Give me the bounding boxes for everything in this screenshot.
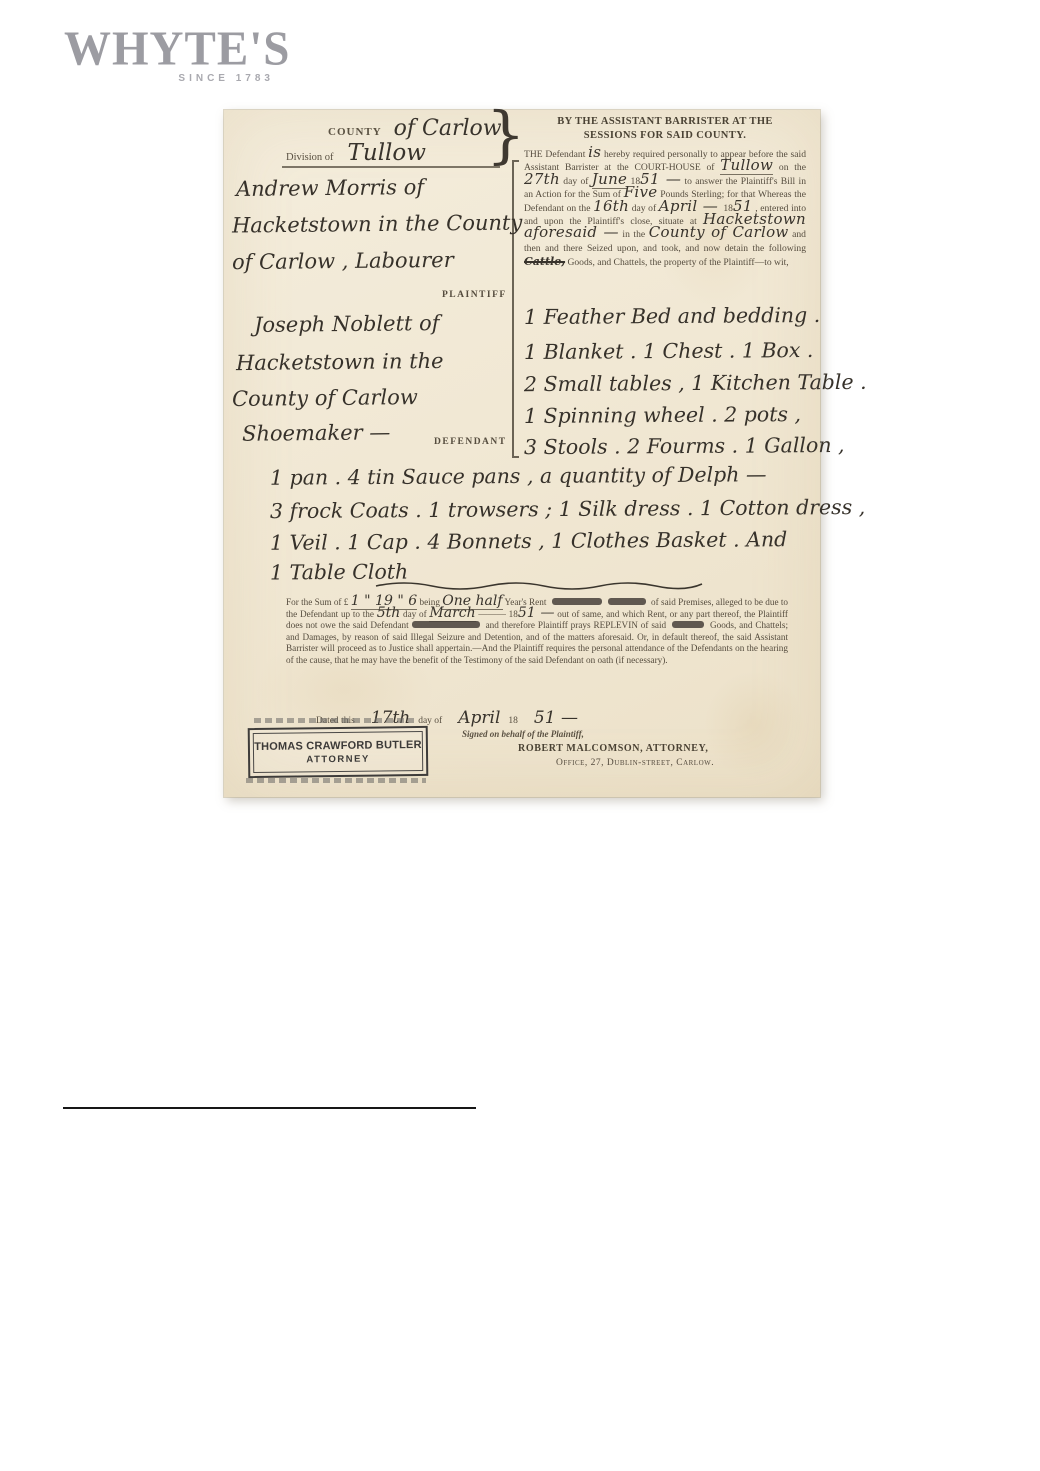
struck-text: Cattle, <box>524 255 565 268</box>
defendant-address-line: Hacketstown in the <box>236 349 444 375</box>
barrister-heading: BY THE ASSISTANT BARRISTER AT THE SESSIO… <box>524 115 806 143</box>
goods-line: 1 Spinning wheel . 2 pots , <box>524 402 801 428</box>
printed-text: ——— 18 <box>476 609 518 619</box>
replevin-paragraph: For the Sum of £ 1 " 19 " 6 being One ha… <box>286 597 788 667</box>
goods-line: 1 Veil . 1 Cap . 4 Bonnets , 1 Clothes B… <box>270 527 787 555</box>
plaintiff-county-line: of Carlow , Labourer <box>232 248 454 274</box>
county-printed-label: COUNTY <box>328 126 382 138</box>
printed-text: day of <box>629 203 659 214</box>
logo-wordmark: WHYTE'S <box>64 25 274 73</box>
scribbled-out-text <box>672 621 704 628</box>
footnote-rule <box>63 1107 476 1109</box>
scribbled-out-text <box>608 598 646 605</box>
handwritten-text: is <box>588 143 601 161</box>
brace-glyph: } <box>486 104 525 166</box>
handwritten-text: June <box>592 170 627 189</box>
scribbled-out-text <box>552 598 602 605</box>
printed-text: Goods, and Chattels, the property of the… <box>565 257 789 268</box>
scanned-document: COUNTY of Carlow Division of Tullow } An… <box>224 110 820 797</box>
barrister-heading-line1: BY THE ASSISTANT BARRISTER AT THE <box>524 115 806 129</box>
printed-text: day of <box>560 176 592 187</box>
county-line: COUNTY of Carlow <box>328 116 502 141</box>
goods-line: 3 Stools . 2 Fourms . 1 Gallon , <box>524 433 845 459</box>
attorney-name: ROBERT MALCOMSON, ATTORNEY, <box>518 743 709 754</box>
division-printed-label: Division of <box>286 152 334 163</box>
goods-line: 1 Blanket . 1 Chest . 1 Box . <box>524 338 814 364</box>
defendant-label: DEFENDANT <box>434 437 507 447</box>
plaintiff-label: PLAINTIFF <box>442 290 507 300</box>
defendant-county-line: County of Carlow <box>232 385 418 411</box>
defendant-trade-line: Shoemaker — <box>242 420 391 446</box>
handwritten-text: March <box>429 605 475 622</box>
barrister-heading-line2: SESSIONS FOR SAID COUNTY. <box>524 129 806 143</box>
stamp-smudge <box>254 718 414 723</box>
goods-line: 2 Small tables , 1 Kitchen Table . <box>524 370 867 396</box>
stamp-name: THOMAS CRAWFORD BUTLER <box>254 738 422 752</box>
flourish-line <box>374 578 704 592</box>
goods-line: 1 pan . 4 tin Sauce pans , a quantity of… <box>270 462 767 489</box>
column-divider-bracket <box>512 160 514 458</box>
catalog-page: WHYTE'S SINCE 1783 COUNTY of Carlow Divi… <box>0 0 1040 1471</box>
stamp-smudge <box>246 778 426 783</box>
notice-paragraph: THE Defendant is hereby required persona… <box>524 148 806 270</box>
handwritten-text: 5th <box>377 605 401 621</box>
goods-line: 1 Feather Bed and bedding . <box>524 303 820 329</box>
attorney-stamp: THOMAS CRAWFORD BUTLER ATTORNEY <box>248 726 429 778</box>
printed-text: 18 <box>508 716 518 726</box>
plaintiff-name-line: Andrew Morris of <box>236 175 424 201</box>
printed-text: THE Defendant <box>524 149 588 160</box>
handwritten-text: April <box>458 708 500 728</box>
division-line: Division of Tullow <box>286 140 426 166</box>
handwritten-text: 27th <box>524 170 560 188</box>
printed-text: day of <box>400 609 429 619</box>
handwritten-text: County of Carlow <box>649 223 789 241</box>
handwritten-text: 51 — <box>518 605 555 621</box>
paper-stain <box>704 670 804 780</box>
printed-text: For the Sum of £ <box>286 597 351 607</box>
printed-text: in the <box>619 229 649 240</box>
header-rule <box>282 166 500 168</box>
defendant-name-line: Joseph Noblett of <box>254 311 440 337</box>
printed-text: and therefore Plaintiff prays REPLEVIN o… <box>483 620 669 630</box>
stamp-title: ATTORNEY <box>306 753 370 765</box>
scribbled-out-text <box>412 621 480 628</box>
printed-text: day of <box>418 716 442 726</box>
whytes-logo: WHYTE'S SINCE 1783 <box>64 26 274 84</box>
handwritten-text: 16th <box>593 197 629 215</box>
attorney-office: Office, 27, Dublin-street, Carlow. <box>556 758 714 768</box>
division-handwritten-value: Tullow <box>348 140 426 166</box>
handwritten-text: Tullow <box>720 156 773 175</box>
printed-text: on the <box>773 162 806 173</box>
plaintiff-address-line: Hacketstown in the County <box>232 210 523 237</box>
handwritten-text: 51 — <box>534 708 578 728</box>
goods-line: 3 frock Coats . 1 trowsers ; 1 Silk dres… <box>270 495 865 523</box>
signed-on-behalf-line: Signed on behalf of the Plaintiff, <box>462 729 584 739</box>
